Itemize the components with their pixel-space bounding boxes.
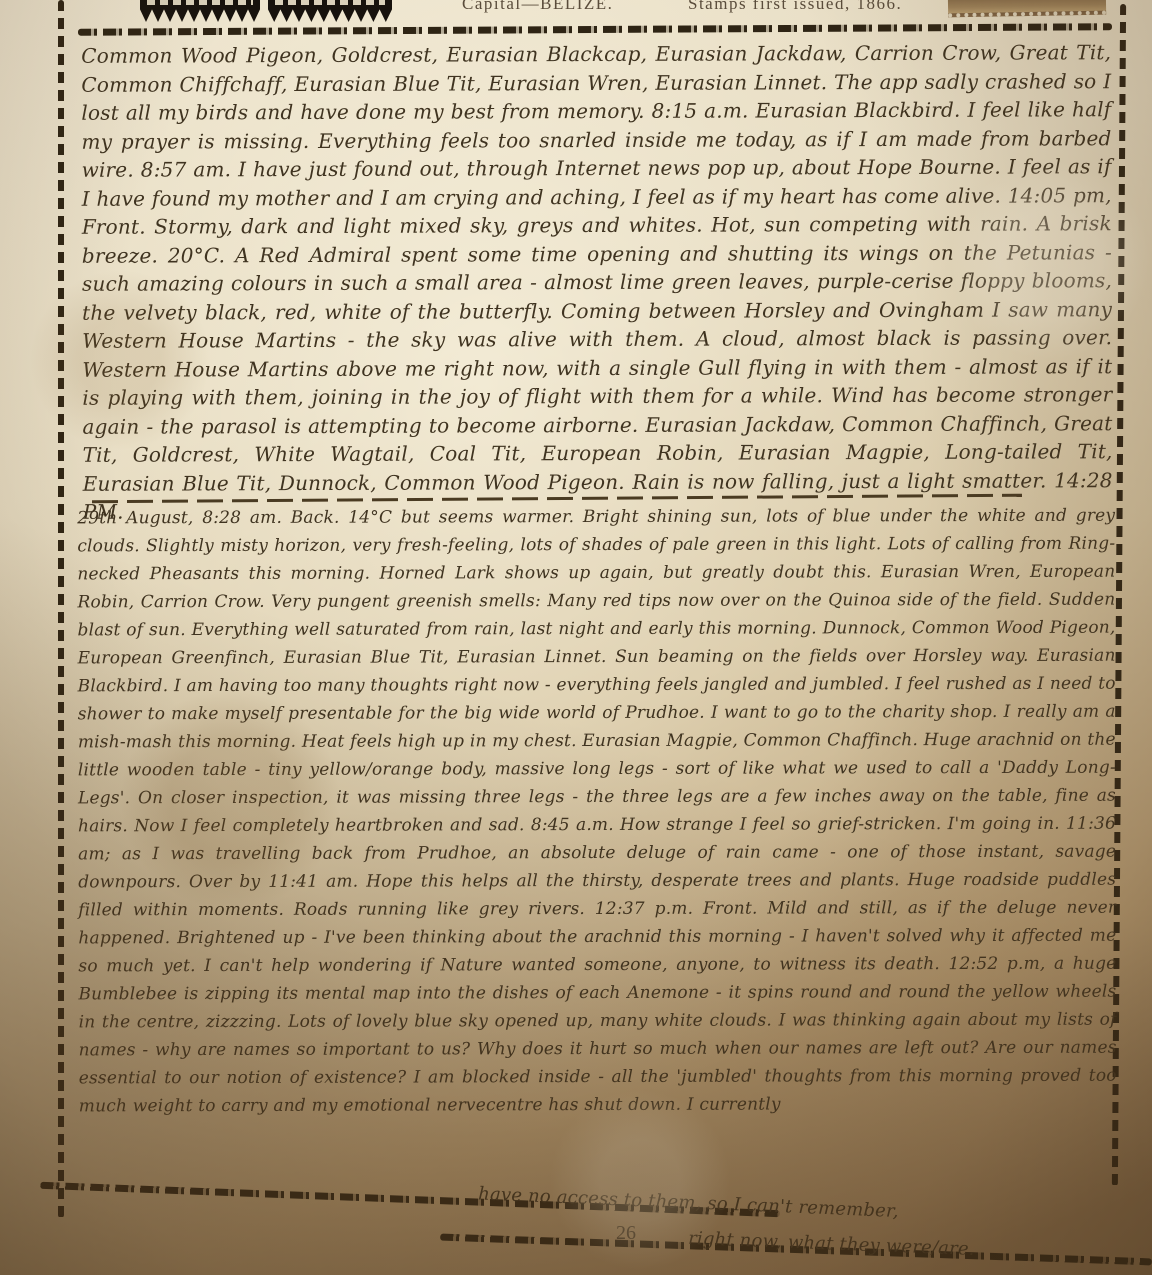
stamp-engraving-fragment-icon bbox=[140, 0, 392, 22]
journal-overflow-line-2: right now, what they were/are. bbox=[688, 1228, 1108, 1265]
stamp-fragment-right-icon bbox=[948, 0, 1106, 17]
stamps-first-issued-label: Stamps first issued, 1866. bbox=[688, 0, 902, 14]
printed-album-header: Capital—BELIZE. Stamps first issued, 186… bbox=[0, 0, 1152, 24]
capital-label: Capital—BELIZE. bbox=[462, 0, 613, 14]
journal-overflow-line-1: have no access to them, so I can't remem… bbox=[478, 1183, 1078, 1229]
stamp-icon bbox=[268, 0, 392, 22]
rope-border-top bbox=[78, 23, 1112, 35]
page-number: 26 bbox=[616, 1222, 636, 1245]
rope-border-left bbox=[58, 0, 64, 1218]
journal-entry-1-text: Common Wood Pigeon, Goldcrest, Eurasian … bbox=[81, 38, 1113, 526]
journal-page: Capital—BELIZE. Stamps first issued, 186… bbox=[0, 0, 1152, 1275]
journal-entry-2-text: 29th August, 8:28 am. Back. 14°C but see… bbox=[77, 502, 1117, 1121]
stamp-icon bbox=[140, 0, 260, 22]
